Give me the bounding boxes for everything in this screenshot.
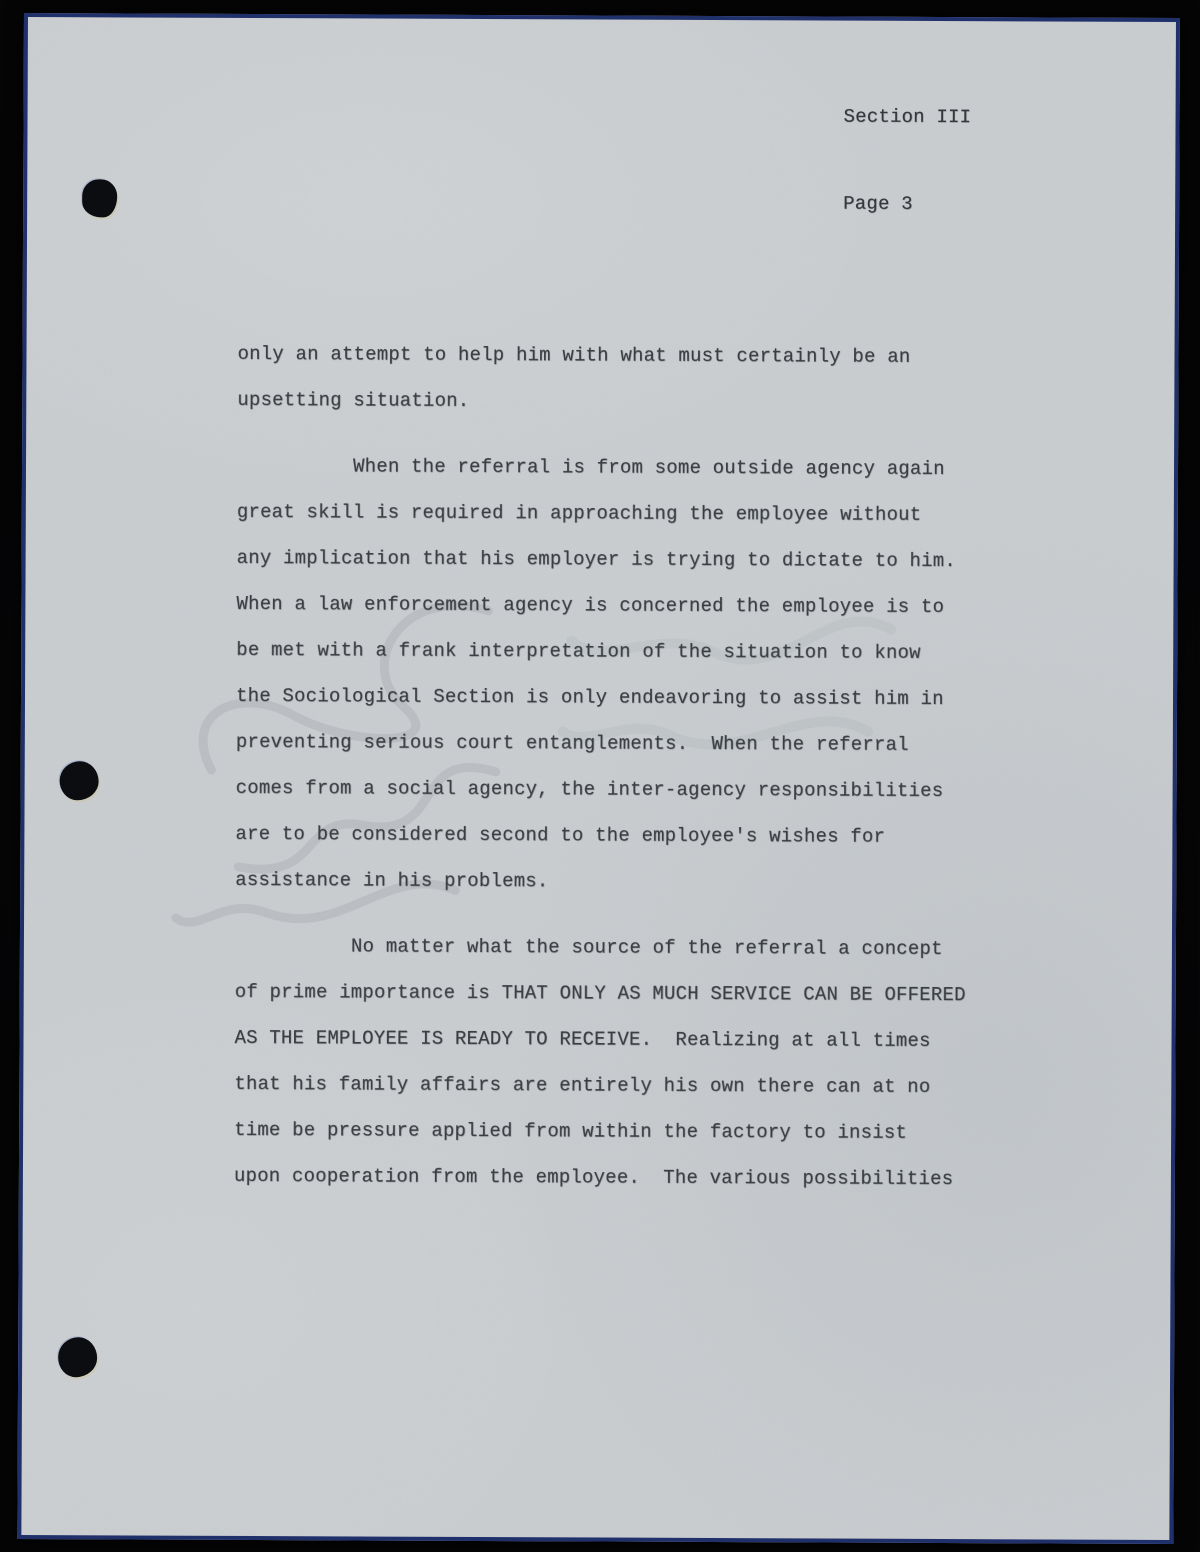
punch-hole-middle (60, 761, 99, 800)
section-label: Section III (843, 103, 971, 133)
paragraph-2: When the referral is from some outside a… (235, 443, 1017, 906)
page-number-label: Page 3 (843, 190, 971, 220)
punch-hole-top (82, 179, 117, 217)
document-body: only an attempt to help him with what mu… (234, 331, 1018, 1222)
page-header: Section III Page 3 (843, 45, 972, 278)
punch-hole-bottom (58, 1337, 97, 1377)
document-page: Section III Page 3 only an attempt to he… (17, 13, 1180, 1544)
scan-background: Section III Page 3 only an attempt to he… (0, 0, 1200, 1552)
paragraph-1: only an attempt to help him with what mu… (237, 331, 1017, 426)
paragraph-3: No matter what the source of the referra… (234, 923, 1015, 1202)
